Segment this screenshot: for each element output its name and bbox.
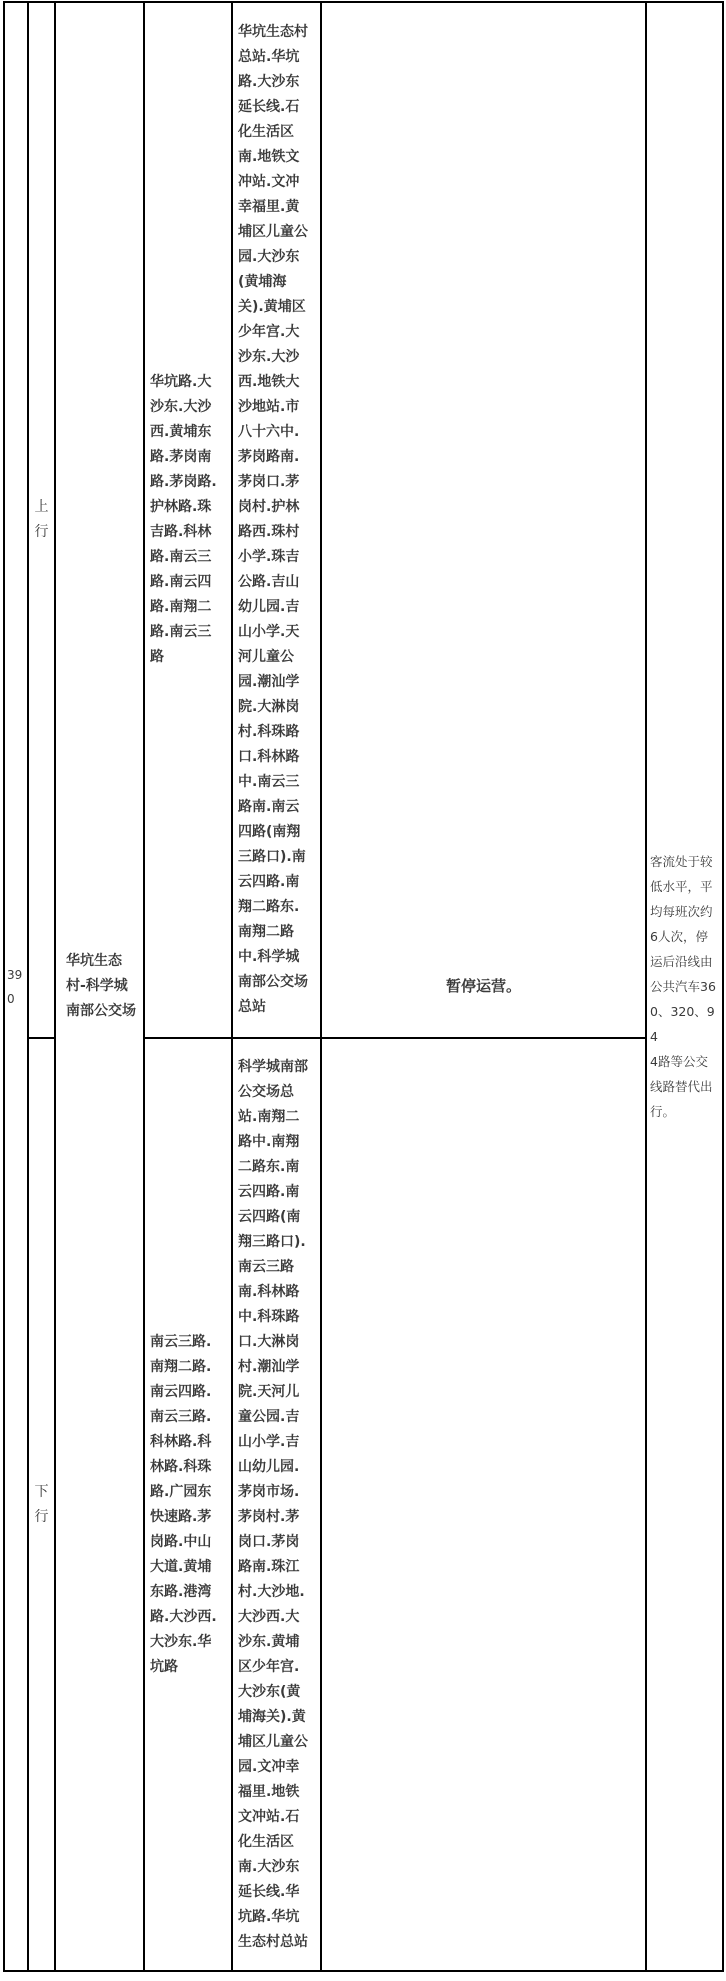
route-name-line: 村-科学城: [66, 974, 136, 999]
stop-line: (黄埔海: [238, 270, 308, 295]
stop-line: 园.潮汕学: [238, 670, 308, 695]
stop-line: 幸福里.黄: [238, 195, 308, 220]
road-line: 路.茅岗路.: [150, 470, 217, 495]
stop-line: 沙东.大沙: [238, 345, 308, 370]
stop-line: 少年宫.大: [238, 320, 308, 345]
stop-line: 四路(南翔: [238, 820, 308, 845]
note-text: 客流处于较低水平，平均每班次约6人次，停运后沿线由公共汽车360、320、944…: [650, 849, 722, 1124]
note-line: 6人次，停: [650, 924, 722, 949]
direction-label-char: 上: [35, 495, 49, 520]
stop-line: 化生活区: [238, 120, 308, 145]
up-roads-cell: 华坑路.大沙东.大沙西.黄埔东路.茅岗南路.茅岗路.护林路.珠吉路.科林路.南云…: [145, 3, 231, 1037]
stop-line: 总站: [238, 995, 308, 1020]
stop-line: 延长线.华: [238, 1880, 308, 1905]
down-roads-text: 南云三路.南翔二路.南云四路.南云三路.科林路.科林路.科珠路.广园东快速路.茅…: [150, 1330, 217, 1680]
stop-line: 南云三路: [238, 1255, 308, 1280]
road-line: 路.南云三: [150, 545, 217, 570]
stop-line: 茅岗口.茅: [238, 470, 308, 495]
stop-line: 院.天河儿: [238, 1380, 308, 1405]
stop-line: 云四路(南: [238, 1205, 308, 1230]
stop-line: 路.大沙东: [238, 70, 308, 95]
stop-line: 云四路.南: [238, 1180, 308, 1205]
stop-line: 华坑生态村: [238, 20, 308, 45]
stop-line: 埔区儿童公: [238, 1730, 308, 1755]
stop-line: 南.科林路: [238, 1280, 308, 1305]
stop-line: 翔三路口).: [238, 1230, 308, 1255]
road-line: 坑路: [150, 1655, 217, 1680]
stop-line: 延长线.石: [238, 95, 308, 120]
up-stops-text: 华坑生态村总站.华坑路.大沙东延长线.石化生活区南.地铁文冲站.文冲幸福里.黄埔…: [238, 20, 308, 1020]
direction-label-char: 下: [35, 1480, 49, 1505]
stop-line: 路中.南翔: [238, 1130, 308, 1155]
stop-line: 茅岗市场.: [238, 1480, 308, 1505]
road-line: 西.黄埔东: [150, 420, 217, 445]
direction-down-cell: 下 行: [29, 1039, 54, 1970]
note-line: 行。: [650, 1099, 722, 1124]
stop-line: 园.文冲幸: [238, 1755, 308, 1780]
road-line: 岗路.中山: [150, 1530, 217, 1555]
down-roads-cell: 南云三路.南翔二路.南云四路.南云三路.科林路.科林路.科珠路.广园东快速路.茅…: [145, 1039, 231, 1970]
road-line: 大道.黄埔: [150, 1555, 217, 1580]
direction-label-char: 行: [35, 520, 49, 545]
stop-line: 岗村.护林: [238, 495, 308, 520]
route-number-cell: 39 0: [5, 3, 27, 1970]
stop-line: 文冲站.石: [238, 1805, 308, 1830]
road-line: 路.广园东: [150, 1480, 217, 1505]
note-cell: 客流处于较低水平，平均每班次约6人次，停运后沿线由公共汽车360、320、944…: [647, 3, 722, 1970]
road-line: 大沙东.华: [150, 1630, 217, 1655]
stop-line: 科学城南部: [238, 1055, 308, 1080]
stop-line: 童公园.吉: [238, 1405, 308, 1430]
road-line: 华坑路.大: [150, 370, 217, 395]
note-line: 客流处于较: [650, 849, 722, 874]
stop-line: 沙东.黄埔: [238, 1630, 308, 1655]
road-line: 南云四路.: [150, 1380, 217, 1405]
road-line: 护林路.珠: [150, 495, 217, 520]
stop-line: 中.南云三: [238, 770, 308, 795]
road-line: 路.南云四: [150, 570, 217, 595]
stop-line: 二路东.南: [238, 1155, 308, 1180]
stop-line: 幼儿园.吉: [238, 595, 308, 620]
road-line: 快速路.茅: [150, 1505, 217, 1530]
stop-line: 三路口).南: [238, 845, 308, 870]
note-line: 4路等公交: [650, 1049, 722, 1074]
stop-line: 沙地站.市: [238, 395, 308, 420]
stop-line: 福里.地铁: [238, 1780, 308, 1805]
road-line: 科林路.科: [150, 1430, 217, 1455]
stop-line: 茅岗村.茅: [238, 1505, 308, 1530]
direction-label-char: 行: [35, 1505, 49, 1530]
stop-line: 翔二路东.: [238, 895, 308, 920]
stop-line: 化生活区: [238, 1830, 308, 1855]
stop-line: 村.潮汕学: [238, 1355, 308, 1380]
route-adjustment-table: 39 0 上 行 下 行 华坑生态 村-科学城 南部公交场 华坑路.大沙东.大沙…: [3, 1, 724, 1972]
route-name-line: 南部公交场: [66, 999, 136, 1024]
route-number-line: 39: [7, 963, 22, 987]
stop-line: 公路.吉山: [238, 570, 308, 595]
stop-line: 埔区儿童公: [238, 220, 308, 245]
stop-line: 生态村总站: [238, 1930, 308, 1955]
stop-line: 南翔二路: [238, 920, 308, 945]
stop-line: 埔海关).黄: [238, 1705, 308, 1730]
stop-line: 南部公交场: [238, 970, 308, 995]
road-line: 吉路.科林: [150, 520, 217, 545]
stop-line: 公交场总: [238, 1080, 308, 1105]
stop-line: 关).黄埔区: [238, 295, 308, 320]
note-line: 运后沿线由: [650, 949, 722, 974]
stop-line: 茅岗路南.: [238, 445, 308, 470]
stop-line: 山小学.天: [238, 620, 308, 645]
stop-line: 路西.珠村: [238, 520, 308, 545]
stop-line: 站.南翔二: [238, 1105, 308, 1130]
stop-line: 南.地铁文: [238, 145, 308, 170]
stop-line: 中.科学城: [238, 945, 308, 970]
stop-line: 岗口.茅岗: [238, 1530, 308, 1555]
road-line: 路.南云三: [150, 620, 217, 645]
up-roads-text: 华坑路.大沙东.大沙西.黄埔东路.茅岗南路.茅岗路.护林路.珠吉路.科林路.南云…: [150, 370, 217, 670]
road-line: 沙东.大沙: [150, 395, 217, 420]
stop-line: 路南.珠江: [238, 1555, 308, 1580]
stop-line: 中.科珠路: [238, 1305, 308, 1330]
down-stops-text: 科学城南部公交场总站.南翔二路中.南翔二路东.南云四路.南云四路(南翔三路口).…: [238, 1055, 308, 1955]
road-line: 南云三路.: [150, 1330, 217, 1355]
stop-line: 口.科林路: [238, 745, 308, 770]
note-line: 公共汽车36: [650, 974, 722, 999]
stop-line: 冲站.文冲: [238, 170, 308, 195]
stop-line: 小学.珠吉: [238, 545, 308, 570]
note-line: 0、320、94: [650, 999, 722, 1049]
stop-line: 坑路.华坑: [238, 1905, 308, 1930]
note-line: 均每班次约: [650, 899, 722, 924]
road-line: 路.大沙西.: [150, 1605, 217, 1630]
stop-line: 区少年宫.: [238, 1655, 308, 1680]
note-line: 低水平，平: [650, 874, 722, 899]
stop-line: 大沙东(黄: [238, 1680, 308, 1705]
route-name-line: 华坑生态: [66, 949, 136, 974]
road-line: 南云三路.: [150, 1405, 217, 1430]
direction-up-cell: 上 行: [29, 3, 54, 1037]
stop-line: 村.科珠路: [238, 720, 308, 745]
stop-line: 口.大淋岗: [238, 1330, 308, 1355]
adjustment-cell: 暂停运营。: [322, 3, 645, 1970]
road-line: 林路.科珠: [150, 1455, 217, 1480]
up-stops-cell: 华坑生态村总站.华坑路.大沙东延长线.石化生活区南.地铁文冲站.文冲幸福里.黄埔…: [233, 3, 320, 1037]
stop-line: 云四路.南: [238, 870, 308, 895]
route-number-line: 0: [7, 987, 22, 1011]
stop-line: 南.大沙东: [238, 1855, 308, 1880]
down-stops-cell: 科学城南部公交场总站.南翔二路中.南翔二路东.南云四路.南云四路(南翔三路口).…: [233, 1039, 320, 1970]
stop-line: 总站.华坑: [238, 45, 308, 70]
stop-line: 路南.南云: [238, 795, 308, 820]
road-line: 路.茅岗南: [150, 445, 217, 470]
note-line: 线路替代出: [650, 1074, 722, 1099]
road-line: 东路.港湾: [150, 1580, 217, 1605]
stop-line: 八十六中.: [238, 420, 308, 445]
stop-line: 园.大沙东: [238, 245, 308, 270]
adjustment-text: 暂停运营。: [446, 974, 521, 999]
stop-line: 河儿童公: [238, 645, 308, 670]
stop-line: 山小学.吉: [238, 1430, 308, 1455]
stop-line: 大沙西.大: [238, 1605, 308, 1630]
stop-line: 村.大沙地.: [238, 1580, 308, 1605]
stop-line: 院.大淋岗: [238, 695, 308, 720]
stop-line: 山幼儿园.: [238, 1455, 308, 1480]
route-name-cell: 华坑生态 村-科学城 南部公交场: [56, 3, 143, 1970]
road-line: 路: [150, 645, 217, 670]
road-line: 南翔二路.: [150, 1355, 217, 1380]
road-line: 路.南翔二: [150, 595, 217, 620]
stop-line: 西.地铁大: [238, 370, 308, 395]
